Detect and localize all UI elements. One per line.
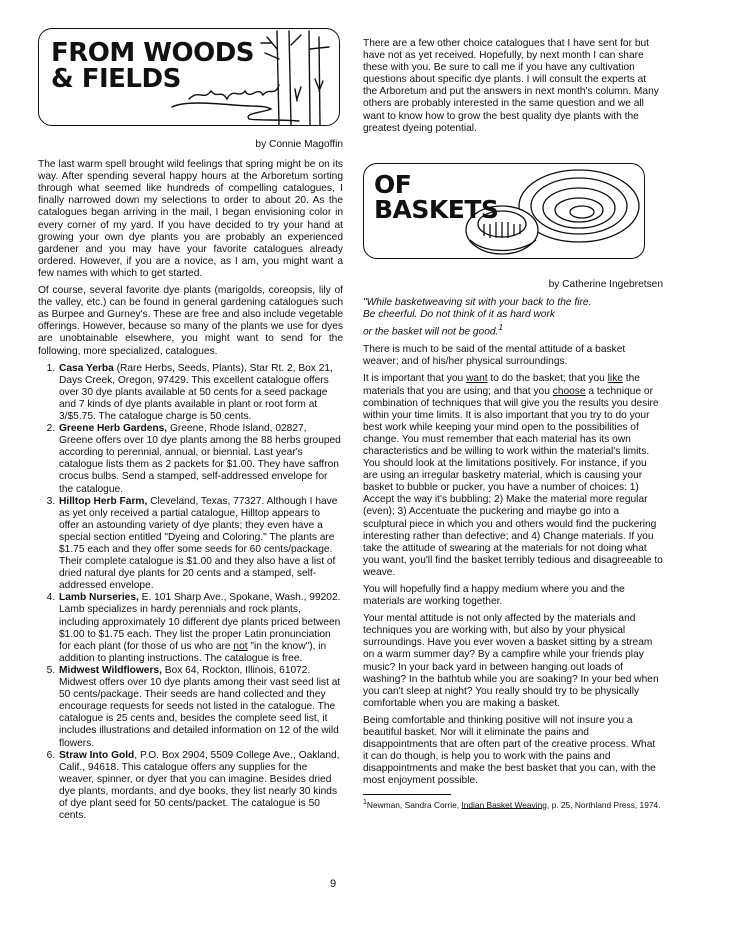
closing-paragraph: There are a few other choice catalogues …: [363, 38, 663, 135]
list-item: Straw Into Gold, P.O. Box 2904, 5509 Col…: [58, 750, 343, 823]
catalogue-name: Midwest Wildflowers,: [59, 665, 162, 676]
footnote-marker: 1: [498, 322, 503, 332]
paragraph: There is much to be said of the mental a…: [363, 344, 663, 368]
column-title: OF BASKETS: [374, 172, 498, 222]
catalogue-name: Lamb Nurseries,: [59, 592, 139, 603]
of-baskets-header: OF BASKETS: [363, 163, 645, 259]
left-column: FROM WOODS & FIELDS by Connie Magoffin T…: [38, 28, 343, 827]
paragraph: You will hopefully find a happy medium w…: [363, 584, 663, 608]
byline: by Catherine Ingebretsen: [363, 279, 663, 291]
list-item: Casa Yerba (Rare Herbs, Seeds, Plants), …: [58, 363, 343, 423]
title-line-1: OF: [374, 172, 498, 197]
catalogue-name: Greene Herb Gardens,: [59, 423, 167, 434]
footnote: 1Newman, Sandra Corrie, Indian Basket We…: [363, 798, 663, 810]
list-item: Lamb Nurseries, E. 101 Sharp Ave., Spoka…: [58, 592, 343, 665]
title-line-2: & FIELDS: [51, 66, 254, 92]
paragraph: It is important that you want to do the …: [363, 373, 663, 579]
text: a technique or combination of techniques…: [363, 386, 663, 578]
quote-line: or the basket will not be good.1: [363, 321, 663, 338]
catalogue-description: Cleveland, Texas, 77327. Although I have…: [59, 496, 337, 592]
footnote-details: , p. 25, Northland Press, 1974.: [547, 799, 661, 809]
underlined-word: choose: [553, 386, 586, 397]
quote-line: Be cheerful. Do not think of it as hard …: [363, 309, 663, 321]
catalogue-name: Casa Yerba: [59, 363, 114, 374]
catalogue-name: Straw Into Gold: [59, 750, 134, 761]
underlined-word: like: [608, 373, 623, 384]
title-line-2: BASKETS: [374, 197, 498, 222]
catalogue-list: Casa Yerba (Rare Herbs, Seeds, Plants), …: [38, 363, 343, 823]
title-line-1: FROM WOODS: [51, 40, 254, 66]
quote-line: "While basketweaving sit with your back …: [363, 297, 663, 309]
paragraph: The last warm spell brought wild feeling…: [38, 159, 343, 280]
footnote-author: Newman, Sandra Corrie,: [367, 799, 462, 809]
footnote-divider: [363, 794, 451, 795]
epigraph-quote: "While basketweaving sit with your back …: [363, 297, 663, 338]
text: to do the basket; that you: [488, 373, 608, 384]
column-title: FROM WOODS & FIELDS: [51, 40, 254, 92]
footnote-book-title: Indian Basket Weaving: [461, 799, 547, 809]
paragraph: Being comfortable and thinking positive …: [363, 715, 663, 788]
right-column: There are a few other choice catalogues …: [363, 38, 663, 809]
underlined-word: not: [233, 641, 247, 652]
quote-line-text: or the basket will not be good.: [363, 326, 498, 337]
catalogue-name: Hilltop Herb Farm,: [59, 496, 147, 507]
paragraph: Your mental attitude is not only affecte…: [363, 613, 663, 710]
list-item: Greene Herb Gardens, Greene, Rhode Islan…: [58, 423, 343, 496]
paragraph: Of course, several favorite dye plants (…: [38, 285, 343, 358]
text: It is important that you: [363, 373, 466, 384]
underlined-word: want: [466, 373, 488, 384]
list-item: Hilltop Herb Farm, Cleveland, Texas, 773…: [58, 496, 343, 593]
catalogue-description: Box 64, Rockton, Illinois, 61072. Midwes…: [59, 665, 340, 749]
from-woods-and-fields-header: FROM WOODS & FIELDS: [38, 28, 340, 126]
list-item: Midwest Wildflowers, Box 64, Rockton, Il…: [58, 665, 343, 750]
byline: by Connie Magoffin: [38, 139, 343, 151]
page-number: 9: [330, 878, 336, 890]
